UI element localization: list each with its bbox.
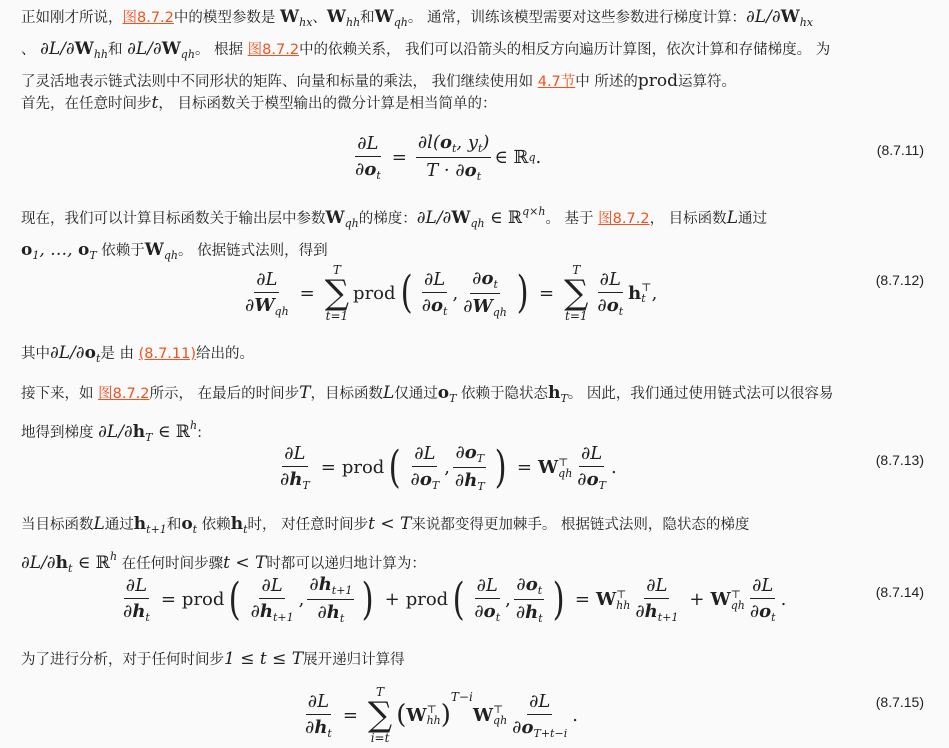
equation-8-7-11: ∂L∂ot = ∂l(ot, yt)T · ∂ot ∈ ℝq. (8.7.11): [0, 128, 949, 188]
math-w-hh: Whh: [327, 7, 360, 27]
equation-8-7-13: ∂L∂hT = prod ( ∂L∂oT, ∂oT∂hT ) = W⊤qh ∂L…: [0, 440, 949, 500]
equation-link-8-7-11[interactable]: (8.7.11): [139, 346, 196, 362]
equation-8-7-12: ∂L∂Wqh = T∑t=1 prod ( ∂L∂ot, ∂ot∂Wqh ) =…: [0, 262, 949, 332]
math-grad-w-qh: ∂L/∂Wqh ∈ ℝq×h: [417, 208, 546, 228]
paragraph-output-layer-grad: 现在，我们可以计算目标函数关于输出层中参数Wqh的梯度：∂L/∂Wqh ∈ ℝq…: [21, 198, 926, 269]
equation-number: (8.7.11): [877, 142, 924, 158]
math-o-sequence: o1, …, oT: [21, 240, 97, 260]
fraction: ∂L∂ot: [353, 133, 383, 182]
paragraph-line: 接下来，如 图8.7.2所示， 在最后的时间步T，目标函数L仅通过oT 依赖于隐…: [21, 380, 926, 412]
figure-link-8-7-2[interactable]: 图8.7.2: [598, 211, 649, 227]
paragraph-output-gradient: 首先，在任意时间步t， 目标函数关于模型输出的微分计算是相当简单的：: [21, 90, 926, 118]
math-grad-w-hx: ∂L/∂Whx: [746, 7, 813, 27]
equation-number: (8.7.14): [876, 584, 924, 600]
section-link-4-7[interactable]: 4.7节: [538, 74, 576, 90]
math-grad-h-t: ∂L/∂ht ∈ ℝh: [21, 553, 117, 573]
math-w-qh: Wqh: [375, 7, 408, 27]
paragraph-line: 、 ∂L/∂Whh和 ∂L/∂Wqh。 根据 图8.7.2中的依赖关系， 我们可…: [21, 36, 926, 68]
math-w-hx: Whx: [280, 7, 312, 27]
math-grad-o-t: ∂L/∂ot: [50, 343, 100, 363]
math-w-qh: Wqh: [326, 208, 359, 228]
paragraph-unroll: 为了进行分析，对于任何时间步1 ≤ t ≤ T展开递归计算得: [21, 646, 926, 674]
figure-link-8-7-2[interactable]: 图8.7.2: [98, 386, 149, 402]
math-h-t: ht: [231, 514, 248, 534]
math-w-qh: Wqh: [145, 240, 178, 260]
math-o-t: ot: [181, 514, 197, 534]
figure-link-8-7-2[interactable]: 图8.7.2: [248, 42, 299, 58]
equation-number: (8.7.12): [876, 272, 924, 288]
paragraph-intro: 正如刚才所说，图8.7.2中的模型参数是 Whx、Whh和Wqh。 通常，训练该…: [21, 4, 926, 96]
math-h-t1: ht+1: [134, 514, 167, 534]
equation-8-7-14: ∂L∂ht = prod ( ∂L∂ht+1, ∂ht+1∂ht ) + pro…: [0, 572, 949, 634]
paragraph-line: 现在，我们可以计算目标函数关于输出层中参数Wqh的梯度：∂L/∂Wqh ∈ ℝq…: [21, 198, 926, 237]
math-h-T: hT: [548, 383, 568, 403]
paragraph-line: 正如刚才所说，图8.7.2中的模型参数是 Whx、Whh和Wqh。 通常，训练该…: [21, 4, 926, 36]
equation-8-7-15: ∂L∂ht = T∑i=t (W⊤hh)T−i W⊤qh ∂L∂oT+t−i. …: [0, 684, 949, 748]
math-prod: prod: [638, 71, 678, 91]
math-grad-w-qh: ∂L/∂Wqh: [127, 39, 195, 59]
paragraph-where: 其中∂L/∂ot是 由 (8.7.11)给出的。: [21, 340, 926, 372]
fraction: ∂l(ot, yt)T · ∂ot: [416, 132, 492, 183]
math-grad-h-T: ∂L/∂hT ∈ ℝh: [98, 422, 197, 442]
equation-number: (8.7.15): [876, 694, 924, 710]
figure-link-8-7-2[interactable]: 图8.7.2: [123, 10, 174, 26]
equation-number: (8.7.13): [876, 452, 924, 468]
paragraph-line: 当目标函数L通过ht+1和ot 依赖ht时， 对任意时间步t < T来说都变得更…: [21, 511, 926, 543]
math-o-T: oT: [438, 383, 457, 403]
math-grad-w-hh: ∂L/∂Whh: [40, 39, 108, 59]
summation: T∑t=1: [325, 264, 349, 322]
